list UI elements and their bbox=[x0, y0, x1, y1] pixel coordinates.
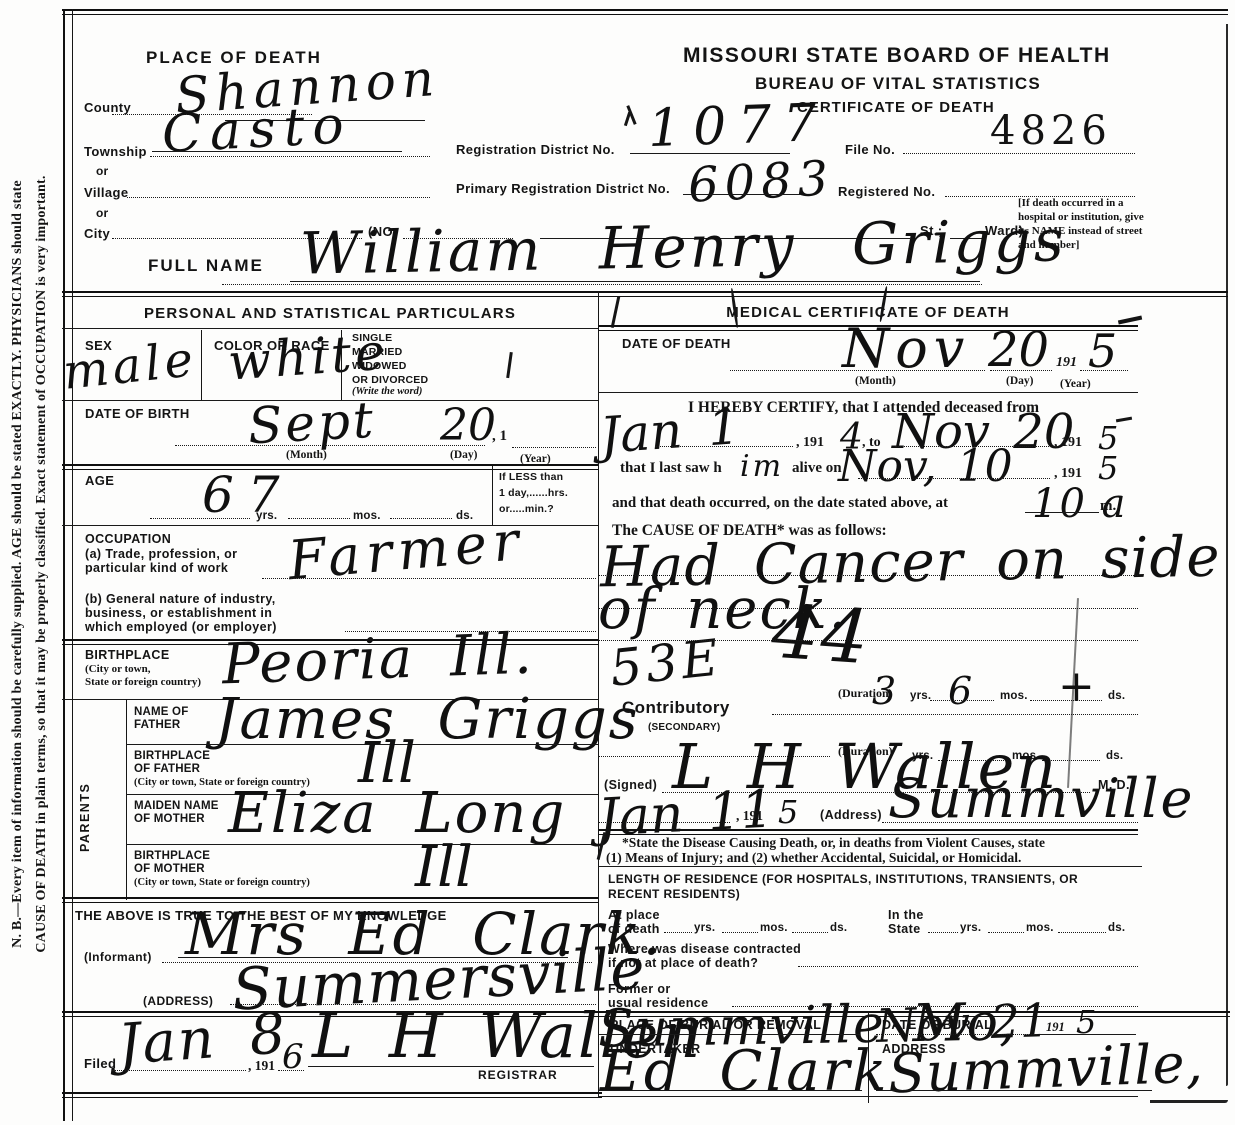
filed-label: Filed bbox=[84, 1056, 116, 1071]
form-left-border-inner bbox=[72, 9, 73, 1121]
village-label: Village bbox=[84, 185, 128, 200]
burial-date-line bbox=[876, 1034, 1036, 1035]
cause-line1-rule bbox=[598, 575, 1138, 576]
personal-section-title: PERSONAL AND STATISTICAL PARTICULARS bbox=[62, 305, 598, 322]
margin-note: N. B.—Every item of information should b… bbox=[6, 8, 54, 1120]
dob-day-caption: (Day) bbox=[450, 449, 477, 461]
contributory-line bbox=[772, 714, 1138, 715]
township-label: Township bbox=[84, 144, 147, 159]
dob-year-line bbox=[512, 447, 596, 448]
dod-year-line bbox=[1080, 370, 1128, 371]
father-birthplace-label1: BIRTHPLACE bbox=[134, 750, 210, 762]
marital-label-3: WIDOWED bbox=[352, 360, 406, 372]
state-mos-label: mos. bbox=[1026, 922, 1054, 934]
mother-name-label1: MAIDEN NAME bbox=[134, 800, 219, 812]
duration-ds-line bbox=[1030, 700, 1102, 701]
dob-day-value: 20 bbox=[440, 404, 496, 448]
occupation-a-line bbox=[262, 578, 596, 579]
cause-line3-rule bbox=[598, 640, 1138, 641]
birthplace-value: Peoria Ill. bbox=[221, 627, 534, 694]
file-no-value: 4826 bbox=[990, 108, 1112, 154]
full-name-underline bbox=[290, 281, 980, 282]
duration-yrs-label: yrs. bbox=[910, 690, 931, 702]
township-underline bbox=[152, 151, 402, 152]
registration-district-label: Registration District No. bbox=[456, 142, 615, 157]
dod-day-line bbox=[990, 370, 1052, 371]
attended-year-dash bbox=[1116, 417, 1132, 423]
residence-title-line1: LENGTH OF RESIDENCE (FOR HOSPITALS, INST… bbox=[608, 872, 1078, 886]
mother-birthplace-label2: OF MOTHER bbox=[134, 863, 205, 875]
occupation-b-line2: business, or establishment in bbox=[85, 606, 272, 620]
father-name-label1: NAME OF bbox=[134, 706, 188, 718]
county-label: County bbox=[84, 100, 131, 115]
township-line bbox=[150, 156, 430, 157]
death-certificate-page: N. B.—Every item of information should b… bbox=[0, 0, 1235, 1125]
undertaker-line bbox=[598, 1090, 862, 1091]
burial-year-prefix: 191 bbox=[1046, 1020, 1065, 1035]
form-right-border bbox=[1226, 24, 1228, 1086]
him-value: im bbox=[740, 452, 784, 482]
address-label: (Address) bbox=[820, 808, 882, 822]
dod-year-caption: (Year) bbox=[1060, 378, 1091, 390]
attended-from-line bbox=[655, 446, 793, 447]
occupation-a-line1: (a) Trade, profession, or bbox=[85, 547, 237, 561]
informant-label: (Informant) bbox=[84, 950, 152, 964]
age-yrs-label: yrs. bbox=[256, 510, 277, 522]
marital-label-2: MARRIED bbox=[352, 346, 402, 358]
dod-day-value: 20 bbox=[988, 326, 1049, 374]
state-yrs-line bbox=[928, 932, 958, 933]
res-yrs-line bbox=[664, 932, 692, 933]
attended-from-year-prefix: , 191 bbox=[796, 435, 824, 451]
dod-month-line bbox=[730, 370, 985, 371]
registration-district-value: 1077 bbox=[647, 97, 829, 155]
filed-year-value: 6 bbox=[282, 1040, 304, 1074]
board-title: MISSOURI STATE BOARD OF HEALTH bbox=[683, 44, 1111, 68]
mother-birthplace-label1: BIRTHPLACE bbox=[134, 850, 210, 862]
cause-code2-value: 44 bbox=[770, 595, 873, 676]
death-time-line bbox=[1025, 512, 1099, 513]
former-residence-line1: Former or bbox=[608, 982, 671, 996]
or1-label: or bbox=[96, 164, 108, 178]
res-yrs-label: yrs. bbox=[694, 922, 715, 934]
certify-line2b: alive on bbox=[792, 460, 842, 477]
registered-no-label: Registered No. bbox=[838, 184, 935, 199]
footnote-rule bbox=[598, 866, 1142, 867]
filed-date-line bbox=[112, 1070, 246, 1071]
margin-note-line2: CAUSE OF DEATH in plain terms, so that i… bbox=[30, 8, 54, 1120]
age-value: 67 bbox=[202, 470, 294, 520]
in-the-line1: In the bbox=[888, 908, 924, 922]
contributory-label: Contributory bbox=[622, 698, 730, 718]
signed-address-line bbox=[882, 822, 1138, 823]
left-column-bottom-rule bbox=[62, 1092, 602, 1098]
age-yrs-line bbox=[150, 518, 250, 519]
age-label: AGE bbox=[85, 473, 114, 488]
dod-day-caption: (Day) bbox=[1006, 375, 1033, 387]
footnote-line2: (1) Means of Injury; and (2) whether Acc… bbox=[606, 850, 1021, 866]
registrar-label: REGISTRAR bbox=[478, 1068, 558, 1082]
undertaker-value: Ed Clark bbox=[600, 1044, 889, 1100]
header-divider bbox=[62, 291, 1228, 297]
dob-month-value: Sept bbox=[247, 395, 377, 452]
cause-code-value: 53E bbox=[608, 632, 725, 693]
filed-year-line bbox=[278, 1070, 304, 1071]
residence-title-line2: RECENT RESIDENTS) bbox=[608, 887, 740, 901]
parents-inner-divider bbox=[126, 699, 127, 900]
c-ds-label: ds. bbox=[1106, 750, 1123, 762]
in-the-line2: State bbox=[888, 922, 921, 936]
ifless-line2: 1 day,......hrs. bbox=[499, 487, 568, 499]
occupation-label: OCCUPATION bbox=[85, 532, 171, 546]
primary-registration-value: 6083 bbox=[687, 154, 835, 210]
birthplace-sub2: State or foreign country) bbox=[85, 676, 201, 688]
primary-registration-line bbox=[683, 194, 801, 195]
sex-race-divider bbox=[201, 330, 202, 400]
occupation-b-line1: (b) General nature of industry, bbox=[85, 592, 276, 606]
duration-mos-line bbox=[930, 700, 994, 701]
or2-label: or bbox=[96, 206, 108, 220]
signed-year-value: 5 bbox=[778, 796, 798, 828]
burial-address-line bbox=[876, 1090, 1152, 1091]
occupation-a-line2: particular kind of work bbox=[85, 561, 228, 575]
signed-year-prefix: , 191 bbox=[736, 808, 763, 824]
city-label: City bbox=[84, 226, 110, 241]
where-contracted-line bbox=[798, 966, 1138, 967]
state-yrs-label: yrs. bbox=[960, 922, 981, 934]
state-mos-line bbox=[988, 932, 1024, 933]
dob-label: DATE OF BIRTH bbox=[85, 406, 190, 421]
ifless-line1: If LESS than bbox=[499, 471, 563, 483]
certify-line3: and that death occurred, on the date sta… bbox=[612, 495, 948, 512]
file-no-label: File No. bbox=[845, 142, 895, 157]
state-ds-label: ds. bbox=[1108, 922, 1125, 934]
form-top-border bbox=[62, 9, 1228, 15]
dod-year-prefix: 191 bbox=[1056, 355, 1077, 371]
certify-line2a: that I last saw h bbox=[620, 460, 722, 477]
dod-year-value: 5 bbox=[1088, 328, 1117, 374]
file-no-line bbox=[903, 153, 1135, 154]
where-contracted-line2: if not at place of death? bbox=[608, 956, 758, 970]
father-birthplace-label2: OF FATHER bbox=[134, 763, 200, 775]
full-name-line bbox=[222, 284, 982, 285]
res-ds-line bbox=[792, 932, 828, 933]
age-mos-label: mos. bbox=[353, 510, 381, 522]
duration-mos-value: 6 bbox=[948, 672, 972, 710]
marital-label-4: OR DIVORCED bbox=[352, 374, 428, 386]
form-left-border-outer bbox=[63, 9, 65, 1121]
burial-place-line bbox=[598, 1034, 860, 1035]
father-name-value: James Griggs bbox=[215, 692, 639, 748]
full-name-value: William Henry Griggs bbox=[300, 211, 1068, 282]
dob-line bbox=[175, 445, 485, 446]
dod-month-value: Nov bbox=[842, 322, 970, 376]
primary-registration-label: Primary Registration District No. bbox=[456, 181, 670, 196]
mother-name-value: Eliza Long bbox=[228, 786, 566, 842]
footnote-line1: *State the Disease Causing Death, or, in… bbox=[622, 835, 1045, 851]
duration-mos-label: mos. bbox=[1000, 690, 1028, 702]
date-of-death-label: DATE OF DEATH bbox=[622, 336, 731, 351]
page-corner-curve bbox=[1150, 1100, 1228, 1103]
race-marital-divider bbox=[341, 330, 342, 400]
attended-to-year-prefix: , 191 bbox=[1054, 435, 1082, 451]
res-mos-label: mos. bbox=[760, 922, 788, 934]
marital-label-1: SINGLE bbox=[352, 332, 392, 344]
filed-year-prefix: , 191 bbox=[248, 1058, 275, 1074]
birthplace-label: BIRTHPLACE bbox=[85, 648, 170, 662]
bureau-subtitle: BUREAU OF VITAL STATISTICS bbox=[755, 74, 1041, 94]
m-label: m. bbox=[1100, 498, 1116, 515]
dod-month-caption: (Month) bbox=[855, 375, 896, 387]
dob-month-caption: (Month) bbox=[286, 449, 327, 461]
last-saw-year-prefix: , 191 bbox=[1054, 466, 1082, 482]
last-saw-value: Nov, 10 bbox=[838, 445, 1013, 489]
attended-from-value: Jan 1 bbox=[598, 401, 741, 461]
burial-address-value: Summville, bbox=[887, 1037, 1204, 1102]
state-ds-line bbox=[1058, 932, 1106, 933]
dod-row-rule bbox=[598, 392, 1138, 393]
mother-name-label2: OF MOTHER bbox=[134, 813, 205, 825]
duration-ds-value: + bbox=[1058, 665, 1095, 709]
at-place-line1: At place bbox=[608, 908, 660, 922]
last-saw-line bbox=[858, 478, 1050, 479]
last-saw-year: 5 bbox=[1098, 452, 1118, 484]
parents-group-label: PARENTS bbox=[78, 783, 92, 852]
duration-yrs-value: 3 bbox=[872, 672, 896, 710]
signed-date-line bbox=[598, 822, 730, 823]
age-mos-line bbox=[288, 518, 350, 519]
burial-bottom-rule bbox=[598, 1096, 1138, 1097]
sex-value: male bbox=[61, 335, 199, 397]
res-ds-label: ds. bbox=[830, 922, 847, 934]
marital-pen-mark bbox=[506, 352, 512, 378]
mother-birthplace-sub: (City or town, State or foreign country) bbox=[134, 877, 310, 888]
at-place-line2: of death bbox=[608, 922, 660, 936]
signed-address-value: Summville bbox=[888, 772, 1194, 826]
full-name-label: FULL NAME bbox=[148, 256, 264, 276]
father-name-label2: FATHER bbox=[134, 719, 180, 731]
registrar-signature-line bbox=[308, 1066, 594, 1067]
dob-row-rule bbox=[62, 464, 598, 470]
margin-note-line1: N. B.—Every item of information should b… bbox=[6, 8, 30, 1120]
mother-birthplace-value: Ill bbox=[415, 840, 473, 896]
duration-ds-label: ds. bbox=[1108, 690, 1125, 702]
village-line bbox=[127, 197, 430, 198]
where-contracted-line1: Where was disease contracted bbox=[608, 942, 801, 956]
mother-name-rule bbox=[126, 844, 598, 845]
dob-year-prefix: , 1 bbox=[492, 428, 507, 445]
birthplace-sub1: (City or town, bbox=[85, 663, 150, 675]
res-mos-line bbox=[722, 932, 758, 933]
